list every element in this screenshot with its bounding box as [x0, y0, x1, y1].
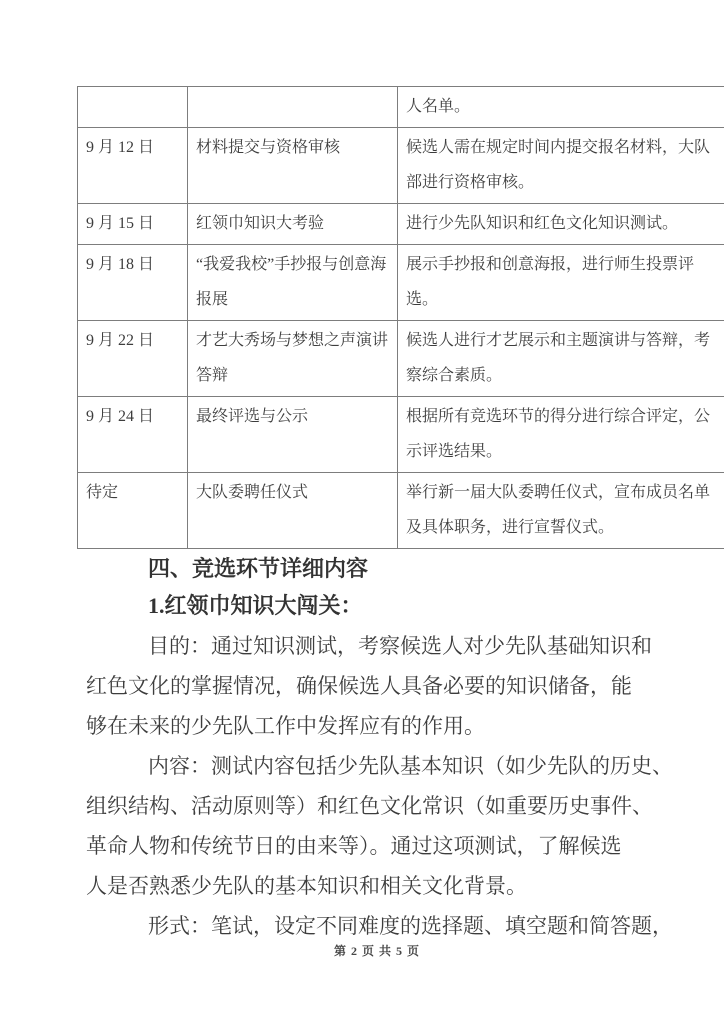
description-cell: 进行少先队知识和红色文化知识测试。 [398, 204, 724, 245]
paragraph-line: 够在未来的少先队工作中发挥应有的作用。 [86, 706, 676, 746]
date-cell [78, 87, 188, 128]
paragraph-line: 目的：通过知识测试，考察候选人对少先队基础知识和 [86, 626, 676, 666]
date-cell: 9 月 18 日 [78, 245, 188, 321]
schedule-table-body: 人名单。9 月 12 日材料提交与资格审核候选人需在规定时间内提交报名材料，大队… [78, 87, 724, 549]
table-row: 待定大队委聘任仪式举行新一届大队委聘任仪式，宣布成员名单及具体职务，进行宣誓仪式… [78, 473, 724, 549]
paragraph: 目的：通过知识测试，考察候选人对少先队基础知识和红色文化的掌握情况，确保候选人具… [86, 626, 676, 746]
document-page: 人名单。9 月 12 日材料提交与资格审核候选人需在规定时间内提交报名材料，大队… [0, 0, 724, 1024]
event-cell: “我爱我校”手抄报与创意海报展 [188, 245, 398, 321]
description-cell: 举行新一届大队委聘任仪式，宣布成员名单及具体职务，进行宣誓仪式。 [398, 473, 724, 549]
section-subheading: 1.红领巾知识大闯关： [148, 591, 363, 621]
event-cell: 大队委聘任仪式 [188, 473, 398, 549]
table-row: 9 月 22 日才艺大秀场与梦想之声演讲答辩候选人进行才艺展示和主题演讲与答辩，… [78, 321, 724, 397]
paragraph-line: 组织结构、活动原则等）和红色文化常识（如重要历史事件、 [86, 786, 676, 826]
body-paragraphs: 目的：通过知识测试，考察候选人对少先队基础知识和红色文化的掌握情况，确保候选人具… [86, 626, 676, 946]
table-row: 9 月 24 日最终评选与公示根据所有竞选环节的得分进行综合评定，公示评选结果。 [78, 397, 724, 473]
date-cell: 待定 [78, 473, 188, 549]
page-number-indicator: 第 2 页 共 5 页 [77, 942, 677, 959]
section-heading: 四、竞选环节详细内容 [148, 554, 368, 584]
paragraph-line: 革命人物和传统节日的由来等）。通过这项测试，了解候选 [86, 826, 676, 866]
table-row: 9 月 18 日“我爱我校”手抄报与创意海报展展示手抄报和创意海报，进行师生投票… [78, 245, 724, 321]
event-cell [188, 87, 398, 128]
table-row: 9 月 12 日材料提交与资格审核候选人需在规定时间内提交报名材料，大队部进行资… [78, 128, 724, 204]
event-cell: 材料提交与资格审核 [188, 128, 398, 204]
event-cell: 红领巾知识大考验 [188, 204, 398, 245]
description-cell: 候选人需在规定时间内提交报名材料，大队部进行资格审核。 [398, 128, 724, 204]
table-row: 9 月 15 日红领巾知识大考验进行少先队知识和红色文化知识测试。 [78, 204, 724, 245]
paragraph-line: 内容：测试内容包括少先队基本知识（如少先队的历史、 [86, 746, 676, 786]
table-row: 人名单。 [78, 87, 724, 128]
description-cell: 候选人进行才艺展示和主题演讲与答辩，考察综合素质。 [398, 321, 724, 397]
schedule-table: 人名单。9 月 12 日材料提交与资格审核候选人需在规定时间内提交报名材料，大队… [77, 86, 724, 549]
paragraph: 形式：笔试，设定不同难度的选择题、填空题和简答题， [86, 906, 676, 946]
date-cell: 9 月 15 日 [78, 204, 188, 245]
paragraph-line: 人是否熟悉少先队的基本知识和相关文化背景。 [86, 866, 676, 906]
event-cell: 最终评选与公示 [188, 397, 398, 473]
date-cell: 9 月 22 日 [78, 321, 188, 397]
description-cell: 根据所有竞选环节的得分进行综合评定，公示评选结果。 [398, 397, 724, 473]
paragraph: 内容：测试内容包括少先队基本知识（如少先队的历史、组织结构、活动原则等）和红色文… [86, 746, 676, 906]
description-cell: 展示手抄报和创意海报，进行师生投票评选。 [398, 245, 724, 321]
date-cell: 9 月 12 日 [78, 128, 188, 204]
event-cell: 才艺大秀场与梦想之声演讲答辩 [188, 321, 398, 397]
description-cell: 人名单。 [398, 87, 724, 128]
paragraph-line: 形式：笔试，设定不同难度的选择题、填空题和简答题， [86, 906, 676, 946]
paragraph-line: 红色文化的掌握情况，确保候选人具备必要的知识储备，能 [86, 666, 676, 706]
date-cell: 9 月 24 日 [78, 397, 188, 473]
